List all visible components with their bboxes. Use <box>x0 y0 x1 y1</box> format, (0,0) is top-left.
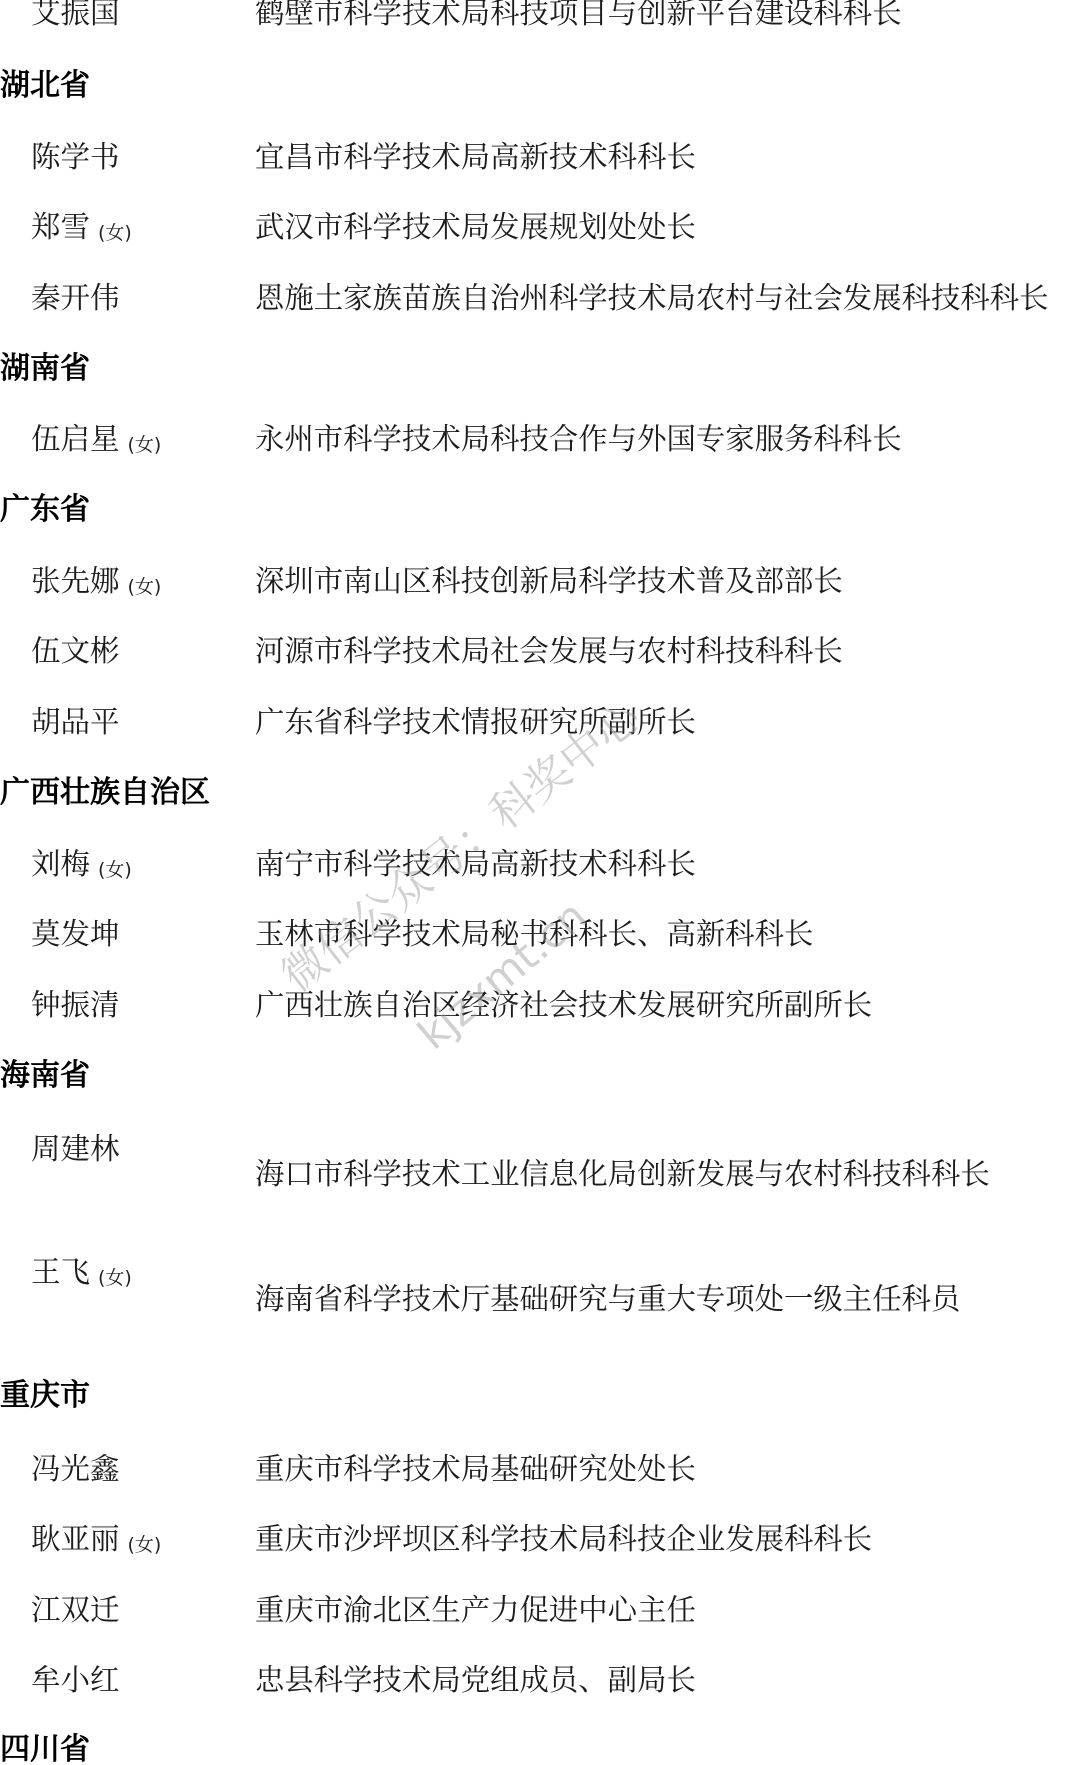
person-title: 河源市科学技术局社会发展与农村科技科科长 <box>255 636 843 666</box>
section-heading-chongqing: 重庆市 <box>0 1381 90 1411</box>
name-text: 莫发坤 <box>31 917 120 951</box>
section-heading-hubei: 湖北省 <box>0 71 90 101</box>
section-heading-guangdong: 广东省 <box>0 495 90 525</box>
person-name: 周建林 <box>31 1134 120 1164</box>
section-heading-guangxi: 广西壮族自治区 <box>0 778 210 808</box>
name-text: 耿亚丽 <box>31 1522 120 1556</box>
female-marker: (女) <box>128 1534 162 1556</box>
person-name: 伍启星(女) <box>31 424 161 458</box>
person-title: 广西壮族自治区经济社会技术发展研究所副所长 <box>255 990 872 1020</box>
person-title: 海口市科学技术工业信息化局创新发展与农村科技科科长 <box>255 1159 990 1189</box>
person-name: 牟小红 <box>31 1665 120 1695</box>
person-name: 张先娜(女) <box>31 566 161 600</box>
person-name: 江双迁 <box>31 1595 120 1625</box>
name-text: 秦开伟 <box>31 281 120 315</box>
person-title: 南宁市科学技术局高新技术科科长 <box>255 849 696 879</box>
person-name: 刘梅(女) <box>31 849 132 883</box>
person-name: 艾振国 <box>31 0 120 28</box>
person-name: 郑雪(女) <box>31 212 132 246</box>
name-text: 周建林 <box>31 1132 120 1166</box>
name-text: 伍文彬 <box>31 634 120 668</box>
section-heading-sichuan: 四川省 <box>0 1735 90 1765</box>
watermark-url: kjzxmt.cn <box>409 891 596 1059</box>
section-heading-hainan: 海南省 <box>0 1061 90 1091</box>
name-text: 郑雪 <box>31 210 90 244</box>
person-name: 耿亚丽(女) <box>31 1524 161 1558</box>
person-title: 广东省科学技术情报研究所副所长 <box>255 707 696 737</box>
person-name: 秦开伟 <box>31 283 120 313</box>
name-text: 王飞 <box>31 1255 90 1289</box>
person-title: 鹤壁市科学技术局科技项目与创新平台建设科科长 <box>255 0 902 28</box>
female-marker: (女) <box>128 434 162 456</box>
female-marker: (女) <box>128 576 162 598</box>
person-title: 忠县科学技术局党组成员、副局长 <box>255 1665 696 1695</box>
name-text: 牟小红 <box>31 1663 120 1697</box>
person-name: 王飞(女) <box>31 1257 132 1291</box>
name-text: 艾振国 <box>31 0 120 30</box>
section-heading-hunan: 湖南省 <box>0 354 90 384</box>
person-title: 海南省科学技术厅基础研究与重大专项处一级主任科员 <box>255 1284 960 1314</box>
person-name: 陈学书 <box>31 142 120 172</box>
name-text: 刘梅 <box>31 847 90 881</box>
person-title: 宜昌市科学技术局高新技术科科长 <box>255 142 696 172</box>
person-title: 深圳市南山区科技创新局科学技术普及部部长 <box>255 566 843 596</box>
person-name: 莫发坤 <box>31 919 120 949</box>
person-name: 钟振清 <box>31 990 120 1020</box>
name-text: 胡品平 <box>31 705 120 739</box>
person-title: 永州市科学技术局科技合作与外国专家服务科科长 <box>255 424 902 454</box>
name-text: 张先娜 <box>31 564 120 598</box>
person-title: 重庆市科学技术局基础研究处处长 <box>255 1454 696 1484</box>
name-text: 陈学书 <box>31 140 120 174</box>
name-text: 伍启星 <box>31 422 120 456</box>
name-text: 冯光鑫 <box>31 1452 120 1486</box>
female-marker: (女) <box>98 1267 132 1289</box>
person-name: 胡品平 <box>31 707 120 737</box>
person-title: 武汉市科学技术局发展规划处处长 <box>255 212 696 242</box>
person-title: 重庆市渝北区生产力促进中心主任 <box>255 1595 696 1625</box>
female-marker: (女) <box>98 859 132 881</box>
person-name: 伍文彬 <box>31 636 120 666</box>
person-name: 冯光鑫 <box>31 1454 120 1484</box>
person-title: 玉林市科学技术局秘书科科长、高新科科长 <box>255 919 813 949</box>
person-title: 重庆市沙坪坝区科学技术局科技企业发展科科长 <box>255 1524 872 1554</box>
female-marker: (女) <box>98 222 132 244</box>
person-title: 恩施土家族苗族自治州科学技术局农村与社会发展科技科科长 <box>255 283 1049 313</box>
name-text: 江双迁 <box>31 1593 120 1627</box>
name-text: 钟振清 <box>31 988 120 1022</box>
